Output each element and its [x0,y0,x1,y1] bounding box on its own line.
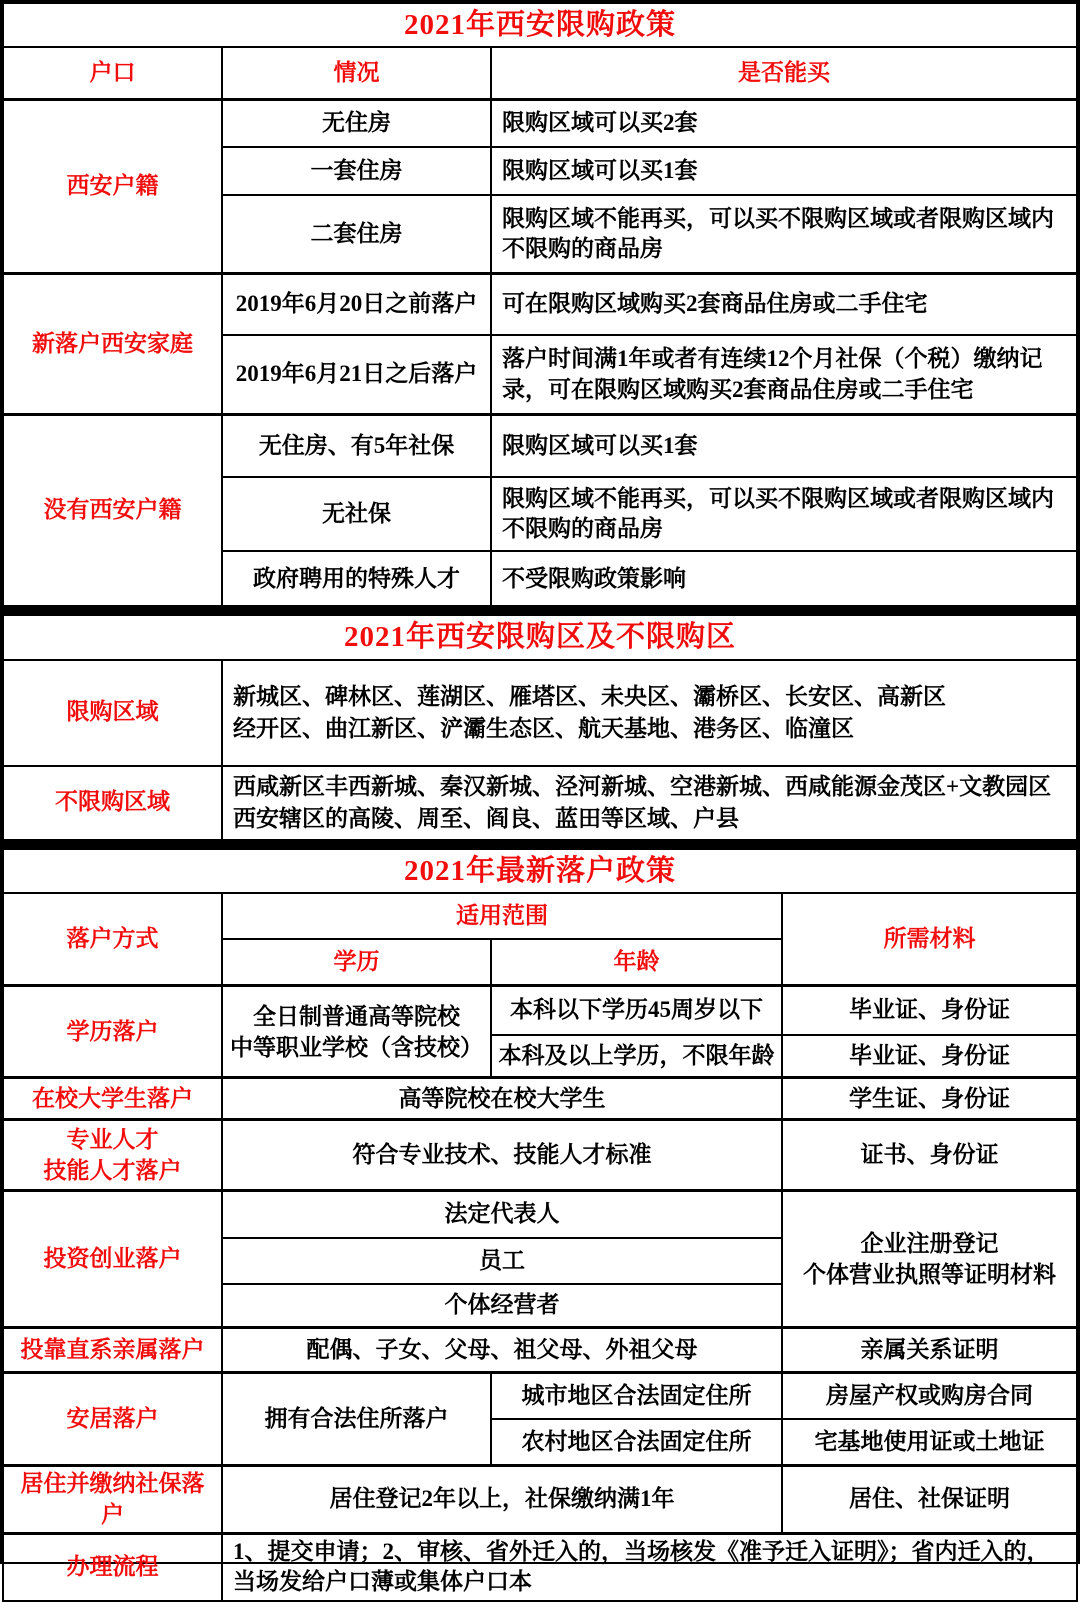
table-row: 投资创业落户 法定代表人 企业注册登记 个体营业执照等证明材料 [3,1191,1077,1238]
table1-title: 2021年西安限购政策 [3,3,1077,47]
purchase-restriction-table: 2021年西安限购政策 户口 情况 是否能买 西安户籍 无住房 限购区域可以买2… [2,2,1078,607]
label-process: 办理流程 [3,1534,222,1601]
materials-line: 企业注册登记 [789,1228,1070,1259]
cell-scope: 个体经营者 [222,1284,782,1328]
table-row: 学历落户 全日制普通高等院校 中等职业学校（含技校） 本科以下学历45周岁以下 … [3,986,1077,1035]
table-header-row: 户口 情况 是否能买 [3,47,1077,99]
cell-zone-list: 西咸新区丰西新城、秦汉新城、泾河新城、空港新城、西咸能源金茂区+文教园区 西安辖… [222,766,1077,840]
settlement-policy-table: 2021年最新落户政策 落户方式 适用范围 所需材料 学历 年龄 学历落户 全日… [2,848,1078,1602]
cell-materials: 证书、身份证 [782,1120,1077,1191]
section-divider [2,607,1078,614]
table-row: 不限购区域 西咸新区丰西新城、秦汉新城、泾河新城、空港新城、西咸能源金茂区+文教… [3,766,1077,840]
cell-situation: 无住房 [222,99,491,147]
table-row: 西安户籍 无住房 限购区域可以买2套 [3,99,1077,147]
section-divider [2,841,1078,848]
table-row: 在校大学生落户 高等院校在校大学生 学生证、身份证 [3,1078,1077,1120]
header-materials: 所需材料 [782,893,1077,986]
header-situation: 情况 [222,47,491,99]
header-can-buy: 是否能买 [491,47,1077,99]
zone-list-line: 新城区、碑林区、莲湖区、雁塔区、未央区、灞桥区、长安区、高新区 [233,681,1066,712]
cell-materials: 居住、社保证明 [782,1466,1077,1534]
cell-answer: 可在限购区域购买2套商品住房或二手住宅 [491,273,1077,335]
label-relative-settle: 投靠直系亲属落户 [3,1328,222,1373]
cell-materials: 亲属关系证明 [782,1328,1077,1373]
table-row: 2021年最新落户政策 [3,849,1077,893]
cell-scope: 员工 [222,1238,782,1284]
label-unrestricted-zone: 不限购区域 [3,766,222,840]
table3-title: 2021年最新落户政策 [3,849,1077,893]
restricted-zones-table: 2021年西安限购区及不限购区 限购区域 新城区、碑林区、莲湖区、雁塔区、未央区… [2,614,1078,840]
cell-scope: 配偶、子女、父母、祖父母、外祖父母 [222,1328,782,1373]
header-hukou: 户口 [3,47,222,99]
label-invest-settle: 投资创业落户 [3,1191,222,1328]
table-row: 没有西安户籍 无住房、有5年社保 限购区域可以买1套 [3,414,1077,477]
cell-situation: 一套住房 [222,147,491,195]
cell-scope: 居住登记2年以上，社保缴纳满1年 [222,1466,782,1534]
education-line: 中等职业学校（含技校） [229,1032,484,1063]
cell-materials: 宅基地使用证或土地证 [782,1419,1077,1466]
table-row: 安居落户 拥有合法住所落户 城市地区合法固定住所 房屋产权或购房合同 [3,1373,1077,1419]
cell-age: 农村地区合法固定住所 [491,1419,782,1466]
table-row: 投靠直系亲属落户 配偶、子女、父母、祖父母、外祖父母 亲属关系证明 [3,1328,1077,1373]
cell-age: 本科以下学历45周岁以下 [491,986,782,1035]
label-social-settle: 居住并缴纳社保落户 [3,1466,222,1534]
cell-answer: 限购区域可以买1套 [491,414,1077,477]
zone-list-line: 经开区、曲江新区、浐灞生态区、航天基地、港务区、临潼区 [233,713,1066,744]
cell-zone-list: 新城区、碑林区、莲湖区、雁塔区、未央区、灞桥区、长安区、高新区 经开区、曲江新区… [222,660,1077,766]
zone-list-line: 西安辖区的高陵、周至、阎良、蓝田等区域、户县 [233,803,1066,834]
table-row: 办理流程 1、提交申请；2、审核、省外迁入的，当场核发《准予迁入证明》；省内迁入… [3,1534,1077,1601]
table-row: 专业人才 技能人才落户 符合专业技术、技能人才标准 证书、身份证 [3,1120,1077,1191]
cell-situation: 2019年6月20日之前落户 [222,273,491,335]
policy-sheet: 2021年西安限购政策 户口 情况 是否能买 西安户籍 无住房 限购区域可以买2… [0,0,1080,1564]
cell-scope: 符合专业技术、技能人才标准 [222,1120,782,1191]
header-age: 年龄 [491,939,782,986]
zone-list-line: 西咸新区丰西新城、秦汉新城、泾河新城、空港新城、西咸能源金茂区+文教园区 [233,771,1066,802]
cell-materials: 毕业证、身份证 [782,986,1077,1035]
cell-situation: 无住房、有5年社保 [222,414,491,477]
header-education: 学历 [222,939,491,986]
cell-scope: 法定代表人 [222,1191,782,1238]
talent-label-line: 技能人才落户 [10,1155,215,1186]
cell-age: 城市地区合法固定住所 [491,1373,782,1419]
cell-situation: 无社保 [222,477,491,551]
label-edu-settle: 学历落户 [3,986,222,1078]
label-residence-settle: 安居落户 [3,1373,222,1466]
cell-materials: 毕业证、身份证 [782,1035,1077,1078]
cell-education: 全日制普通高等院校 中等职业学校（含技校） [222,986,491,1078]
table-row: 限购区域 新城区、碑林区、莲湖区、雁塔区、未央区、灞桥区、长安区、高新区 经开区… [3,660,1077,766]
table-row: 新落户西安家庭 2019年6月20日之前落户 可在限购区域购买2套商品住房或二手… [3,273,1077,335]
cell-answer: 不受限购政策影响 [491,551,1077,606]
cell-scope: 高等院校在校大学生 [222,1078,782,1120]
header-scope: 适用范围 [222,893,782,939]
cell-situation: 2019年6月21日之后落户 [222,335,491,414]
cell-answer: 落户时间满1年或者有连续12个月社保（个税）缴纳记录，可在限购区域购买2套商品住… [491,335,1077,414]
talent-label-line: 专业人才 [10,1124,215,1155]
table-row: 居住并缴纳社保落户 居住登记2年以上，社保缴纳满1年 居住、社保证明 [3,1466,1077,1534]
cell-answer: 限购区域可以买2套 [491,99,1077,147]
group-label-xian-hukou: 西安户籍 [3,99,222,273]
cell-education: 拥有合法住所落户 [222,1373,491,1466]
group-label-no-xian-hukou: 没有西安户籍 [3,414,222,606]
cell-answer: 限购区域不能再买，可以买不限购区域或者限购区域内不限购的商品房 [491,195,1077,273]
education-line: 全日制普通高等院校 [229,1001,484,1032]
cell-answer: 限购区域不能再买，可以买不限购区域或者限购区域内不限购的商品房 [491,477,1077,551]
cell-situation: 二套住房 [222,195,491,273]
label-student-settle: 在校大学生落户 [3,1078,222,1120]
cell-answer: 限购区域可以买1套 [491,147,1077,195]
table-header-row: 落户方式 适用范围 所需材料 [3,893,1077,939]
group-label-new-settler-family: 新落户西安家庭 [3,273,222,414]
cell-materials: 企业注册登记 个体营业执照等证明材料 [782,1191,1077,1328]
cell-situation: 政府聘用的特殊人才 [222,551,491,606]
label-talent-settle: 专业人才 技能人才落户 [3,1120,222,1191]
label-restricted-zone: 限购区域 [3,660,222,766]
cell-age: 本科及以上学历，不限年龄 [491,1035,782,1078]
cell-materials: 房屋产权或购房合同 [782,1373,1077,1419]
materials-line: 个体营业执照等证明材料 [789,1259,1070,1290]
table-row: 2021年西安限购区及不限购区 [3,615,1077,659]
cell-process-content: 1、提交申请；2、审核、省外迁入的，当场核发《准予迁入证明》；省内迁入的，当场发… [222,1534,1077,1601]
header-settle-method: 落户方式 [3,893,222,986]
cell-materials: 学生证、身份证 [782,1078,1077,1120]
table-row: 2021年西安限购政策 [3,3,1077,47]
table2-title: 2021年西安限购区及不限购区 [3,615,1077,659]
